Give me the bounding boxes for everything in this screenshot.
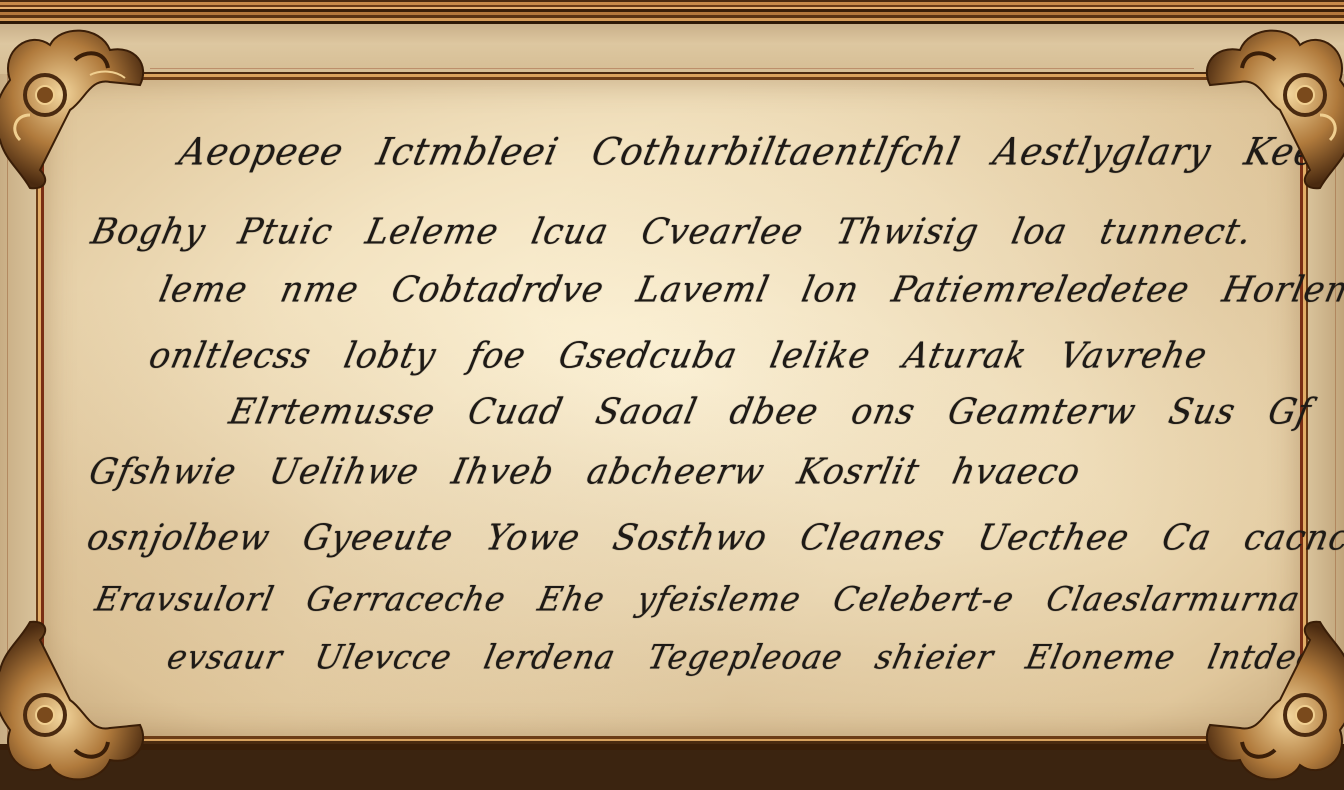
script-word: lon [798, 269, 863, 311]
script-line-8: Eravsulorl Gerraceche Ehe yfeisleme Cele… [92, 579, 1326, 619]
script-word: Thwisig [832, 211, 983, 253]
script-word: shieier [872, 637, 998, 677]
inner-top-rail [40, 72, 1304, 80]
script-word: Gsedcuba [555, 335, 741, 377]
script-word: Gerraceche [303, 579, 510, 619]
corner-ornament-icon [0, 20, 160, 190]
script-word: Horlemsl. [1219, 269, 1344, 311]
script-word: ons [848, 391, 920, 433]
script-word: nme [277, 269, 363, 311]
script-word: Uecthee [974, 517, 1134, 559]
script-word: Aeopeee [175, 131, 347, 174]
script-word: evsaur [164, 637, 287, 677]
corner-ornament-icon [0, 620, 160, 750]
corner-ornament-icon [1190, 620, 1344, 750]
script-word: Boghy [88, 211, 210, 253]
picture-frame: Aeopeee Ictmbleei Cothurbiltaentlfchl Ae… [0, 0, 1344, 750]
script-word: Vavrehe [1056, 335, 1211, 377]
script-word: yfeisleme [634, 579, 805, 619]
script-word: Claeslarmurna [1043, 579, 1304, 619]
script-word: Cobtadrdve [388, 269, 608, 311]
script-line-4: onltlecss lobty foe Gsedcuba lelike Atur… [146, 335, 1234, 377]
script-line-9: evsaur Ulevcce lerdena Tegepleoae shieie… [164, 637, 1344, 677]
script-word: foe [465, 335, 530, 377]
script-word: abcheerw [583, 451, 769, 493]
script-word: Ihveb [448, 451, 558, 493]
script-word: Tegepleoae [644, 637, 847, 677]
script-word: Saoal [592, 391, 701, 433]
inner-bottom-rail [40, 736, 1304, 744]
script-word: lcua [528, 211, 613, 253]
script-word: Leleme [362, 211, 503, 253]
script-line-7: osnjolbew Gyeeute Yowe Sosthwo Cleanes U… [84, 517, 1344, 559]
script-word: lelike [766, 335, 874, 377]
script-line-1: Aeopeee Ictmbleei Cothurbiltaentlfchl Ae… [175, 131, 1343, 174]
script-word: Geamterw [944, 391, 1140, 433]
script-word: cacncte [1240, 517, 1344, 559]
top-moulding [0, 0, 1344, 24]
script-word: Ulevcce [311, 637, 455, 677]
script-word: Aestlyglary [989, 131, 1215, 174]
script-line-3: leme nme Cobtadrdve Laveml lon Patiemrel… [156, 269, 1344, 311]
script-word: Patiemreledetee [888, 269, 1194, 311]
script-word: Sosthwo [609, 517, 771, 559]
script-word: Cleanes [796, 517, 949, 559]
script-word: Eloneme [1022, 637, 1179, 677]
script-word: lerdena [481, 637, 620, 677]
script-word: Cvearlee [638, 211, 808, 253]
script-word: Gfshwie [86, 451, 241, 493]
script-word: Ehe [534, 579, 608, 619]
script-word: Kosrlit [794, 451, 924, 493]
bottom-band [0, 744, 1344, 750]
script-word: osnjolbew [84, 517, 275, 559]
script-word: Cothurbiltaentlfchl [588, 131, 964, 174]
script-word: Uelihwe [266, 451, 424, 493]
script-word: Gf [1264, 391, 1315, 433]
script-word: Aturak [900, 335, 1032, 377]
script-word: hvaeco [949, 451, 1085, 493]
script-word: Ictmbleei [373, 131, 563, 174]
script-word: Ca [1158, 517, 1215, 559]
script-word: Gyeeute [299, 517, 457, 559]
script-word: Elrtemusse [226, 391, 440, 433]
top-band [0, 24, 1344, 74]
script-word: tunnect. [1096, 211, 1256, 253]
script-line-2: Boghy Ptuic Leleme lcua Cvearlee Thwisig… [88, 211, 1279, 253]
script-word: Yowe [482, 517, 584, 559]
script-word: dbee [726, 391, 823, 433]
script-word: Sus [1165, 391, 1240, 433]
script-word: lobty [340, 335, 440, 377]
script-word: Eravsulorl [92, 579, 278, 619]
script-word: Celebert-e [830, 579, 1018, 619]
script-word: Laveml [633, 269, 773, 311]
script-line-5: Elrtemusse Cuad Saoal dbee ons Geamterw … [226, 391, 1338, 433]
script-word: leme [156, 269, 252, 311]
script-word: loa [1008, 211, 1072, 253]
corner-ornament-icon [1190, 20, 1344, 190]
script-word: Ptuic [235, 211, 337, 253]
script-line-6: Gfshwie Uelihwe Ihveb abcheerw Kosrlit h… [86, 451, 1107, 493]
top-band-rule [150, 68, 1194, 69]
script-word: Cuad [464, 391, 567, 433]
script-word: onltlecss [146, 335, 316, 377]
